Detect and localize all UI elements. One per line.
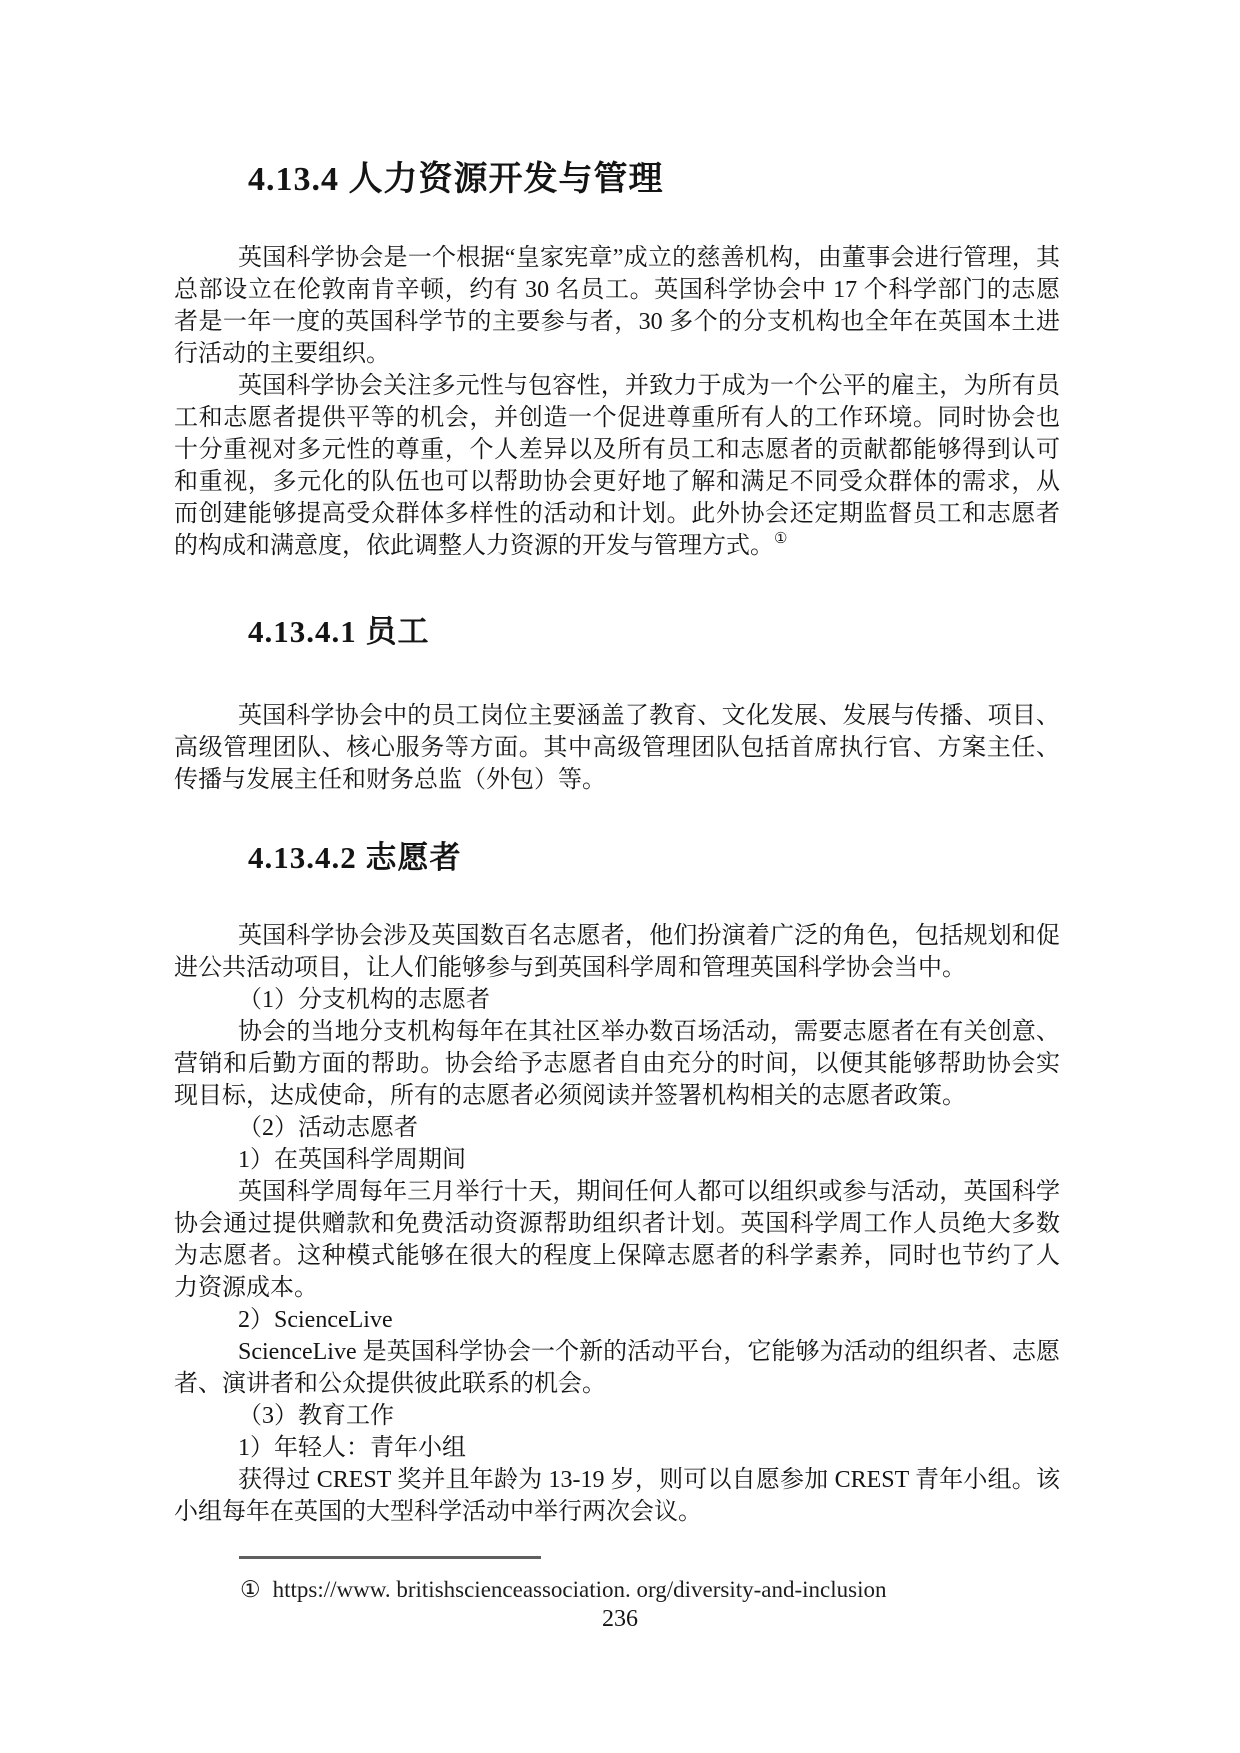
- footnote-separator: [239, 1556, 541, 1559]
- footnote-reference: ①: [774, 531, 787, 547]
- footnote-marker: ①: [240, 1577, 261, 1602]
- intro-paragraph-1: 英国科学协会是一个根据“皇家宪章”成立的慈善机构，由董事会进行管理，其总部设立在…: [174, 242, 1060, 370]
- subsection-heading-staff: 4.13.4.1 员工: [174, 610, 1060, 654]
- intro-paragraph-2: 英国科学协会关注多元性与包容性，并致力于成为一个公平的雇主，为所有员工和志愿者提…: [174, 370, 1060, 562]
- document-page: 4.13.4 人力资源开发与管理 英国科学协会是一个根据“皇家宪章”成立的慈善机…: [0, 0, 1240, 1753]
- volunteers-paragraph: 英国科学协会涉及英国数百名志愿者，他们扮演着广泛的角色，包括规划和促进公共活动项…: [174, 920, 1060, 984]
- subsection-heading-volunteers: 4.13.4.2 志愿者: [174, 836, 1060, 880]
- footnote-url: https://www. britishscienceassociation. …: [273, 1577, 887, 1602]
- page-number: 236: [0, 1606, 1240, 1633]
- list-item-2-sub-2-body: ScienceLive 是英国科学协会一个新的活动平台，它能够为活动的组织者、志…: [174, 1336, 1060, 1400]
- section-heading: 4.13.4 人力资源开发与管理: [174, 158, 1060, 202]
- list-item-2-title: （2）活动志愿者: [174, 1112, 1060, 1144]
- page-content: 4.13.4 人力资源开发与管理 英国科学协会是一个根据“皇家宪章”成立的慈善机…: [174, 158, 1060, 1528]
- list-item-1-body: 协会的当地分支机构每年在其社区举办数百场活动，需要志愿者在有关创意、营销和后勤方…: [174, 1016, 1060, 1112]
- list-item-2-sub-1-title: 1）在英国科学周期间: [174, 1144, 1060, 1176]
- list-item-3-title: （3）教育工作: [174, 1400, 1060, 1432]
- intro-paragraph-2-text: 英国科学协会关注多元性与包容性，并致力于成为一个公平的雇主，为所有员工和志愿者提…: [174, 373, 1060, 559]
- list-item-2-sub-2-title: 2）ScienceLive: [174, 1304, 1060, 1336]
- staff-paragraph: 英国科学协会中的员工岗位主要涵盖了教育、文化发展、发展与传播、项目、高级管理团队…: [174, 700, 1060, 796]
- list-item-3-sub-1-body: 获得过 CREST 奖并且年龄为 13-19 岁，则可以自愿参加 CREST 青…: [174, 1464, 1060, 1528]
- list-item-3-sub-1-title: 1）年轻人：青年小组: [174, 1432, 1060, 1464]
- list-item-2-sub-1-body: 英国科学周每年三月举行十天，期间任何人都可以组织或参与活动，英国科学协会通过提供…: [174, 1176, 1060, 1304]
- list-item-1-title: （1）分支机构的志愿者: [174, 984, 1060, 1016]
- footnote: ①https://www. britishscienceassociation.…: [240, 1576, 887, 1604]
